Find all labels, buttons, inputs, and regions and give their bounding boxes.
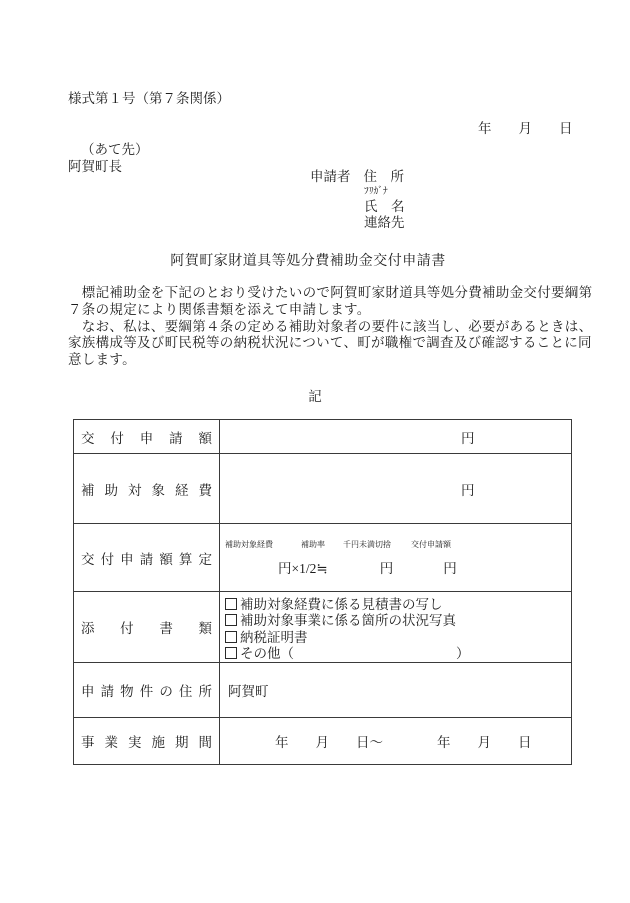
application-table: 交 付 申 請 額 円 補 助 対 象 経 費 円 交 付 申 請 額 算 定 …	[73, 419, 572, 765]
attachments-cell: 補助対象経費に係る見積書の写し 補助対象事業に係る箇所の状況写真 納税証明書 そ…	[220, 592, 572, 663]
calculation-cell: 補助対象経費補助率千円未満切捨交付申請額 円×1/2≒円円	[220, 524, 572, 592]
checkbox-icon	[225, 614, 237, 626]
attachment-item: 納税証明書	[225, 630, 571, 646]
eligible-expense-cell: 円	[220, 454, 572, 524]
address-field-label: 住 所	[364, 169, 405, 184]
property-address-cell: 阿賀町	[220, 663, 572, 718]
row-label-eligible-expense: 補 助 対 象 経 費	[74, 454, 220, 524]
calculation-formula-line: 円×1/2≒円円	[221, 557, 570, 577]
applicant-label: 申請者	[310, 169, 351, 184]
table-row-project-period: 事 業 実 施 期 間 年 月 日～ 年 月 日	[74, 718, 572, 765]
date-line: 年 月 日	[478, 117, 573, 137]
property-address-value: 阿賀町	[221, 680, 570, 700]
project-period-value: 年 月 日～ 年 月 日	[221, 731, 570, 751]
grant-amount-cell: 円	[220, 420, 572, 454]
attachment-item-label: 納税証明書	[240, 630, 308, 645]
table-row-eligible-expense: 補 助 対 象 経 費 円	[74, 454, 572, 524]
calc-formula-request-yen: 円	[443, 561, 457, 576]
application-form-page: 様式第１号（第７条関係） 年 月 日 （あて先） 阿賀町長 申請者住 所 ﾌﾘｶ…	[0, 0, 630, 903]
applicant-address-line: 申請者住 所	[310, 169, 405, 185]
attachment-item: 補助対象事業に係る箇所の状況写真	[225, 613, 571, 629]
checkbox-icon	[225, 631, 237, 643]
attachment-item-label: 補助対象事業に係る箇所の状況写真	[240, 613, 456, 628]
applicant-block: 申請者住 所 ﾌﾘｶﾞﾅ 氏 名 連絡先	[310, 169, 405, 231]
section-heading-ki: 記	[0, 385, 630, 405]
attachment-item: 補助対象経費に係る見積書の写し	[225, 597, 571, 613]
name-field-label: 氏 名	[364, 199, 405, 215]
body-line: なお、私は、要綱第４条の定める補助対象者の要件に該当し、必要があるときは、	[68, 319, 574, 336]
row-label-attachments: 添 付 書 類	[74, 592, 220, 663]
calc-header-rate: 補助率	[301, 540, 325, 550]
project-period-cell: 年 月 日～ 年 月 日	[220, 718, 572, 765]
form-number: 様式第１号（第７条関係）	[68, 87, 230, 107]
body-line: 家族構成等及び町民税等の納税状況について、町が職権で調査及び確認することに同	[68, 335, 574, 352]
body-line: 標記補助金を下記のとおり受けたいので阿賀町家財道具等処分費補助金交付要綱第	[68, 285, 574, 302]
calc-header-expense: 補助対象経費	[225, 540, 273, 550]
grant-amount-unit: 円	[221, 427, 570, 447]
document-title: 阿賀町家財道具等処分費補助金交付申請書	[0, 250, 616, 270]
eligible-expense-unit: 円	[221, 479, 570, 499]
table-row-property-address: 申 請 物 件 の 住 所 阿賀町	[74, 663, 572, 718]
row-label-calculation: 交 付 申 請 額 算 定	[74, 524, 220, 592]
table-row-grant-amount: 交 付 申 請 額 円	[74, 420, 572, 454]
checkbox-icon	[225, 598, 237, 610]
attachment-item-label: その他（ ）	[240, 646, 470, 661]
furigana-field-label: ﾌﾘｶﾞﾅ	[364, 185, 405, 199]
body-line: 意します。	[68, 352, 574, 369]
contact-field-label: 連絡先	[364, 215, 405, 231]
calc-formula-rounded-yen: 円	[380, 561, 394, 576]
checkbox-icon	[225, 647, 237, 659]
attachment-item: その他（ ）	[225, 646, 571, 662]
body-paragraph: 標記補助金を下記のとおり受けたいので阿賀町家財道具等処分費補助金交付要綱第 ７条…	[68, 285, 574, 369]
body-line: ７条の規定により関係書類を添えて申請します。	[68, 302, 574, 319]
attachment-item-label: 補助対象経費に係る見積書の写し	[240, 597, 443, 612]
row-label-grant-amount: 交 付 申 請 額	[74, 420, 220, 454]
calc-formula-expense: 円×1/2≒	[278, 561, 328, 576]
addressee-name: 阿賀町長	[68, 155, 122, 175]
table-row-attachments: 添 付 書 類 補助対象経費に係る見積書の写し 補助対象事業に係る箇所の状況写真…	[74, 592, 572, 663]
table-row-calculation: 交 付 申 請 額 算 定 補助対象経費補助率千円未満切捨交付申請額 円×1/2…	[74, 524, 572, 592]
row-label-property-address: 申 請 物 件 の 住 所	[74, 663, 220, 718]
calculation-column-headers: 補助対象経費補助率千円未満切捨交付申請額	[221, 540, 570, 550]
calc-header-rounding: 千円未満切捨	[343, 540, 391, 550]
row-label-project-period: 事 業 実 施 期 間	[74, 718, 220, 765]
calc-header-request: 交付申請額	[411, 540, 451, 550]
